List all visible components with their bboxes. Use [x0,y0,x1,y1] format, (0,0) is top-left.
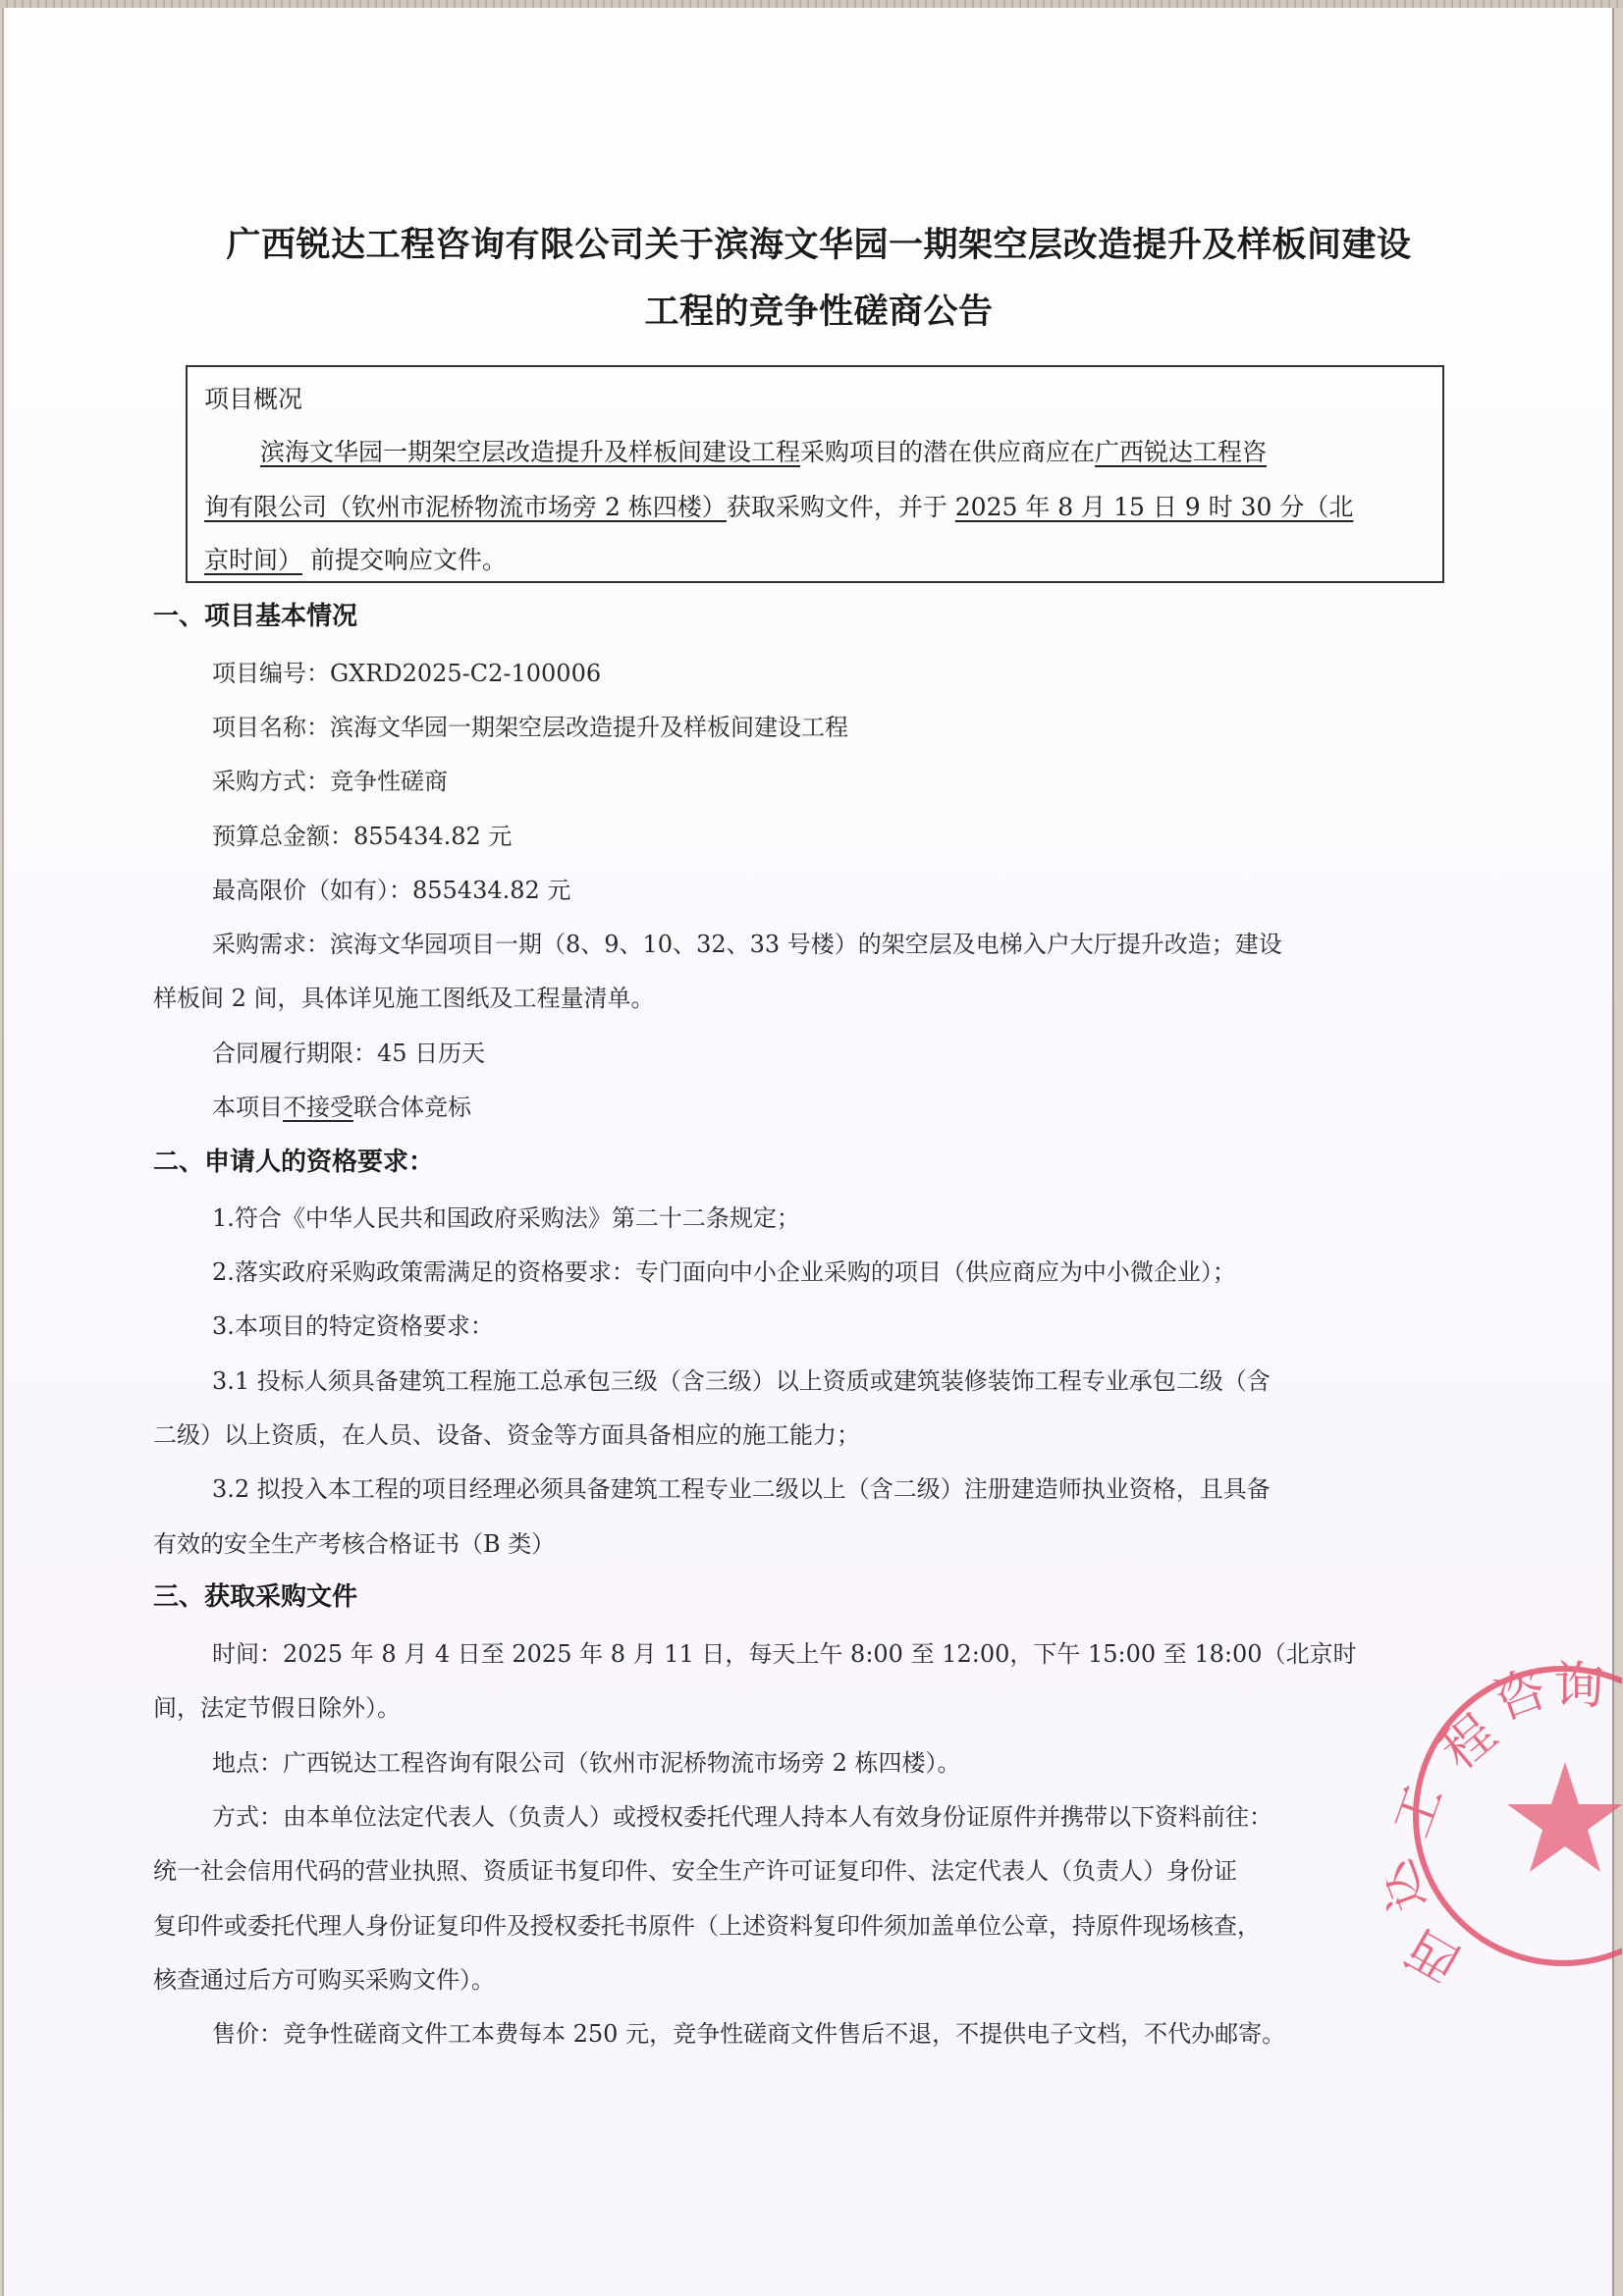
qualification-item-3-1-line2: 二级）以上资质，在人员、设备、资金等方面具备相应的施工能力； [153,1420,860,1450]
acquisition-time-line2: 间，法定节假日除外）。 [153,1693,401,1723]
consortium-not-accepted: 不接受 [283,1094,353,1121]
acquisition-method-line1: 方式：由本单位法定代表人（负责人）或授权委托代理人持本人有效身份证原件并携带以下… [212,1802,1272,1832]
overview-line-1: 滨海文华园一期架空层改造提升及样板间建设工程采购项目的潜在供应商应在广西锐达工程… [260,438,1267,467]
project-name: 项目名称：滨海文华园一期架空层改造提升及样板间建设工程 [212,713,848,742]
overview-company-address: 询有限公司（钦州市泥桥物流市场旁 2 栋四楼） [204,493,727,521]
consortium-prefix: 本项目 [212,1094,283,1121]
acquisition-location: 地点：广西锐达工程咨询有限公司（钦州市泥桥物流市场旁 2 栋四楼）。 [212,1748,961,1778]
overview-deadline-cont: 京时间） [204,546,302,574]
project-overview-box: 项目概况 滨海文华园一期架空层改造提升及样板间建设工程采购项目的潜在供应商应在广… [186,365,1444,583]
overview-project-name: 滨海文华园一期架空层改造提升及样板间建设工程 [260,438,800,466]
procurement-requirement-line1: 采购需求：滨海文华园项目一期（8、9、10、32、33 号楼）的架空层及电梯入户… [212,930,1282,959]
overview-heading: 项目概况 [204,385,302,414]
consortium-policy: 本项目不接受联合体竞标 [212,1093,471,1122]
overview-text: 采购项目的潜在供应商应在 [800,438,1095,466]
acquisition-time-line1: 时间：2025 年 8 月 4 日至 2025 年 8 月 11 日，每天上午 … [212,1639,1357,1669]
overview-deadline: 2025 年 8 月 15 日 9 时 30 分（北 [955,493,1354,521]
overview-text: 前提交响应文件。 [302,546,507,574]
scan-edge-top [0,0,1623,8]
document-title-line1: 广西锐达工程咨询有限公司关于滨海文华园一期架空层改造提升及样板间建设 [132,226,1506,265]
max-price: 最高限价（如有）：855434.82 元 [212,876,570,905]
overview-company: 广西锐达工程咨 [1095,438,1267,466]
section-1-heading: 一、项目基本情况 [153,601,357,632]
qualification-item-2: 2.落实政府采购政策需满足的资格要求：专门面向中小企业采购的项目（供应商应为中小… [212,1257,1236,1287]
qualification-item-3: 3.本项目的特定资格要求： [212,1311,494,1341]
document-title-line2: 工程的竞争性磋商公告 [132,293,1506,332]
document-page: 广西锐达工程咨询有限公司关于滨海文华园一期架空层改造提升及样板间建设 工程的竞争… [2,8,1614,2296]
section-3-heading: 三、获取采购文件 [153,1581,357,1613]
qualification-item-3-1-line1: 3.1 投标人须具备建筑工程施工总承包三级（含三级）以上资质或建筑装修装饰工程专… [212,1366,1271,1396]
qualification-item-1: 1.符合《中华人民共和国政府采购法》第二十二条规定； [212,1203,800,1233]
acquisition-method-line2: 统一社会信用代码的营业执照、资质证书复印件、安全生产许可证复印件、法定代表人（负… [153,1856,1237,1886]
document-price: 售价：竞争性磋商文件工本费每本 250 元，竞争性磋商文件售后不退，不提供电子文… [212,2019,1285,2049]
contract-period: 合同履行期限：45 日历天 [212,1039,485,1068]
acquisition-method-line3: 复印件或委托代理人身份证复印件及授权委托书原件（上述资料复印件须加盖单位公章，持… [153,1911,1261,1941]
acquisition-method-line4: 核查通过后方可购买采购文件）。 [153,1965,495,1995]
section-2-heading: 二、申请人的资格要求： [153,1147,434,1178]
overview-line-3: 京时间） 前提交响应文件。 [204,546,507,575]
project-number: 项目编号：GXRD2025-C2-100006 [212,659,601,688]
budget-amount: 预算总金额：855434.82 元 [212,822,512,851]
qualification-item-3-2-line1: 3.2 拟投入本工程的项目经理必须具备建筑工程专业二级以上（含二级）注册建造师执… [212,1474,1271,1504]
procurement-method: 采购方式：竞争性磋商 [212,767,448,796]
consortium-suffix: 联合体竞标 [353,1094,471,1121]
procurement-requirement-line2: 样板间 2 间，具体详见施工图纸及工程量清单。 [153,984,655,1013]
qualification-item-3-2-line2: 有效的安全生产考核合格证书（B 类） [153,1529,555,1559]
overview-text: 获取采购文件，并于 [727,493,955,521]
overview-line-2: 询有限公司（钦州市泥桥物流市场旁 2 栋四楼）获取采购文件，并于 2025 年 … [204,493,1353,522]
